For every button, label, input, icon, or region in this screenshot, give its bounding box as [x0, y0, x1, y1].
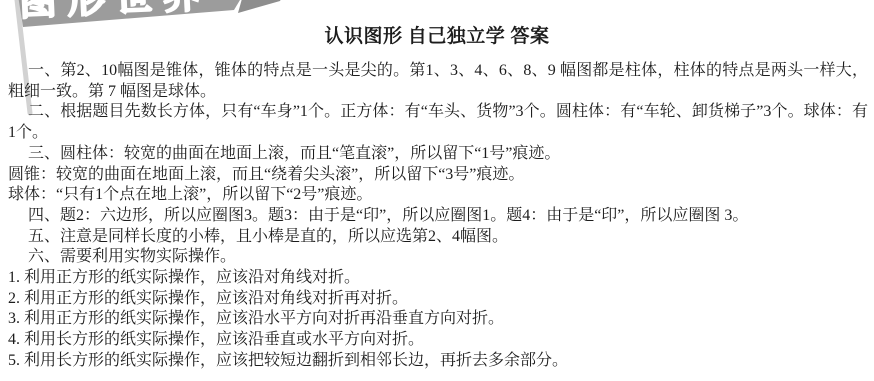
- answer-section-6: 六、需要利用实物实际操作。: [8, 247, 868, 268]
- answer-body: 一、第2、10幅图是锥体，锥体的特点是一头是尖的。第1、3、4、6、8、9 幅图…: [0, 61, 874, 372]
- answer-section-5: 五、注意是同样长度的小棒，且小棒是直的，所以应选第2、4幅图。: [8, 227, 868, 248]
- answer-section-6-step-5: 5. 利用长方形的纸实际操作，应该把较短边翻折到相邻长边，再折去多余部分。: [8, 351, 868, 372]
- answer-section-1: 一、第2、10幅图是锥体，锥体的特点是一头是尖的。第1、3、4、6、8、9 幅图…: [8, 61, 868, 102]
- answer-section-6-step-1: 1. 利用正方形的纸实际操作，应该沿对角线对折。: [8, 268, 868, 289]
- answer-section-4: 四、题2：六边形，所以应圈图3。题3：由于是“印”，所以应圈图1。题4：由于是“…: [8, 206, 868, 227]
- answer-section-3-sphere: 球体：“只有1个点在地上滚”，所以留下“2号”痕迹。: [8, 185, 868, 206]
- answer-section-2: 二、根据题目先数长方体，只有“车身”1个。正方体：有“车头、货物”3个。圆柱体：…: [8, 102, 868, 143]
- answer-section-6-step-3: 3. 利用正方形的纸实际操作，应该沿水平方向对折再沿垂直方向对折。: [8, 309, 868, 330]
- answer-section-6-step-4: 4. 利用长方形的纸实际操作，应该沿垂直或水平方向对折。: [8, 330, 868, 351]
- document-page: 图形世界 认识图形 自己独立学 答案 一、第2、10幅图是锥体，锥体的特点是一头…: [0, 0, 874, 381]
- page-title: 认识图形 自己独立学 答案: [0, 0, 874, 48]
- answer-section-6-step-2: 2. 利用正方形的纸实际操作，应该沿对角线对折再对折。: [8, 289, 868, 310]
- answer-section-3-cone: 圆锥：较宽的曲面在地面上滚，而且“绕着尖头滚”，所以留下“3号”痕迹。: [8, 165, 868, 186]
- answer-section-3-cylinder: 三、圆柱体：较宽的曲面在地面上滚，而且“笔直滚”，所以留下“1号”痕迹。: [8, 144, 868, 165]
